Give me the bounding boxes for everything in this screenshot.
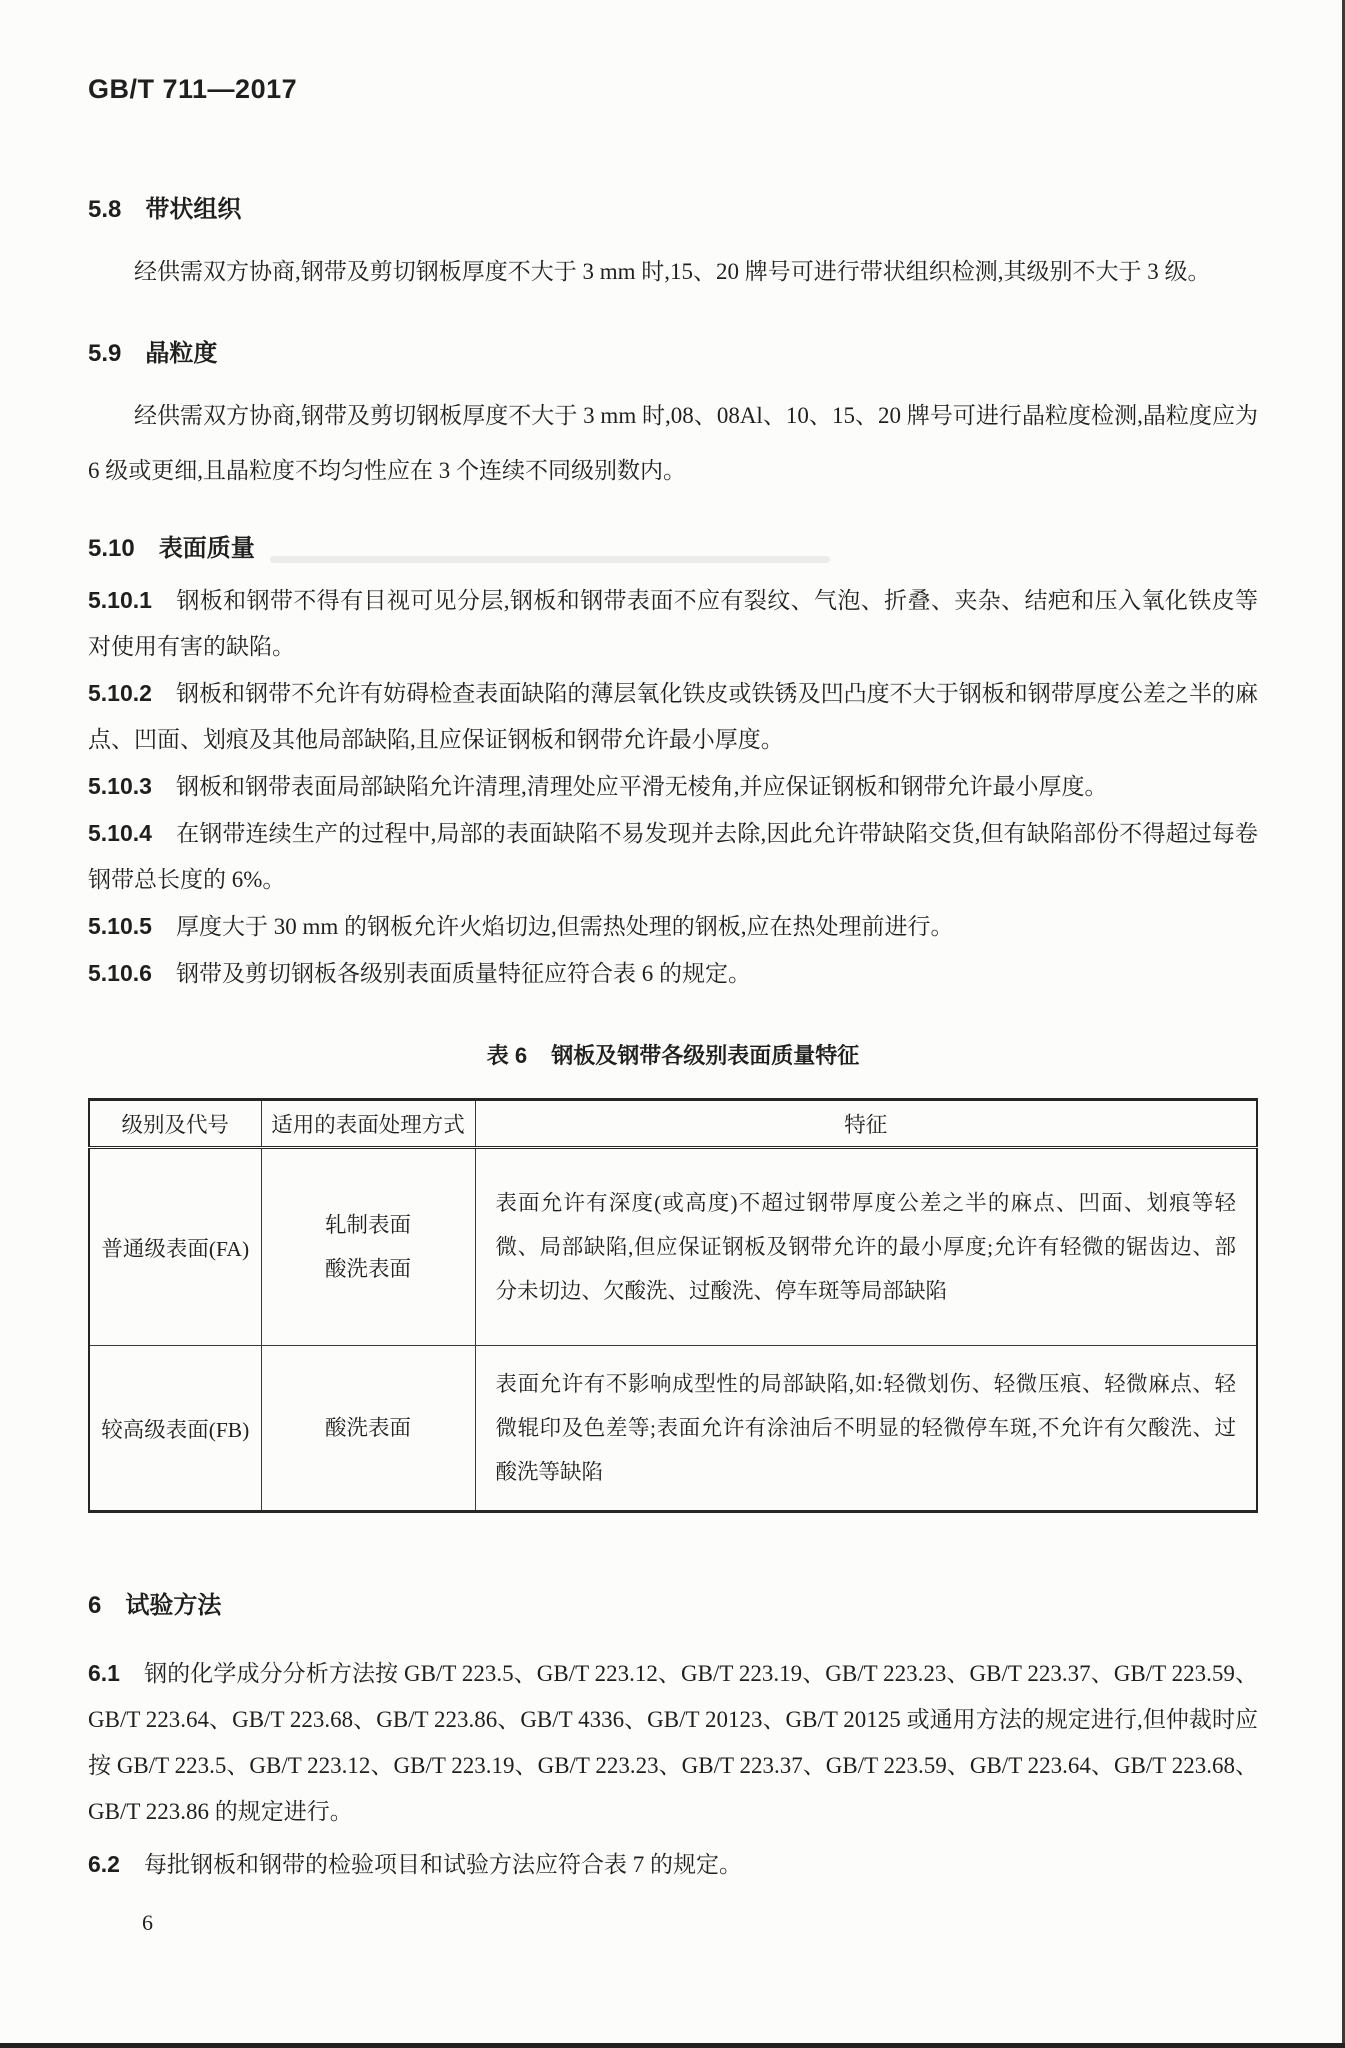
clause-text: 钢板和钢带表面局部缺陷允许清理,清理处应平滑无棱角,并应保证钢板和钢带允许最小厚… — [176, 774, 1108, 799]
section-heading-5-8: 5.8 带状组织 — [88, 189, 1258, 224]
clause-list-5-10: 5.10.1钢板和钢带不得有目视可见分层,钢板和钢带表面不应有裂纹、气泡、折叠、… — [88, 577, 1258, 997]
section-title: 表面质量 — [159, 528, 255, 563]
clause-text: 每批钢板和钢带的检验项目和试验方法应符合表 7 的规定。 — [144, 1852, 742, 1877]
section-number: 5.8 — [88, 196, 121, 224]
column-header-feature: 特征 — [475, 1100, 1257, 1148]
cell-grade-fb: 较高级表面(FB) — [89, 1346, 261, 1512]
section-title: 试验方法 — [125, 1585, 221, 1620]
clause-6-2: 6.2每批钢板和钢带的检验项目和试验方法应符合表 7 的规定。 — [88, 1841, 1258, 1888]
clause-5-10-5: 5.10.5厚度大于 30 mm 的钢板允许火焰切边,但需热处理的钢板,应在热处… — [88, 903, 1258, 950]
clause-text: 钢的化学成分分析方法按 GB/T 223.5、GB/T 223.12、GB/T … — [88, 1661, 1258, 1824]
treatment-line: 酸洗表面 — [262, 1247, 475, 1291]
document-page: GB/T 711—2017 5.8 带状组织 经供需双方协商,钢带及剪切钢板厚度… — [0, 0, 1345, 2048]
clause-number: 6.1 — [88, 1660, 120, 1686]
clause-5-10-4: 5.10.4在钢带连续生产的过程中,局部的表面缺陷不易发现并去除,因此允许带缺陷… — [88, 810, 1258, 903]
cell-feature-fb: 表面允许有不影响成型性的局部缺陷,如:轻微划伤、轻微压痕、轻微麻点、轻微辊印及色… — [475, 1346, 1257, 1512]
clause-5-10-2: 5.10.2钢板和钢带不允许有妨碍检查表面缺陷的薄层氧化铁皮或铁锈及凹凸度不大于… — [88, 670, 1258, 763]
section-title: 带状组织 — [145, 189, 241, 224]
cell-feature-fa: 表面允许有深度(或高度)不超过钢带厚度公差之半的麻点、凹面、划痕等轻微、局部缺陷… — [475, 1148, 1257, 1346]
page-content: GB/T 711—2017 5.8 带状组织 经供需双方协商,钢带及剪切钢板厚度… — [88, 0, 1258, 1888]
table-6-caption: 表 6 钢板及钢带各级别表面质量特征 — [88, 1039, 1258, 1070]
clause-5-10-6: 5.10.6钢带及剪切钢板各级别表面质量特征应符合表 6 的规定。 — [88, 950, 1258, 997]
section-number: 5.10 — [88, 535, 135, 563]
paragraph-5-8: 经供需双方协商,钢带及剪切钢板厚度不大于 3 mm 时,15、20 牌号可进行带… — [88, 244, 1258, 299]
clause-text: 钢板和钢带不得有目视可见分层,钢板和钢带表面不应有裂纹、气泡、折叠、夹杂、结疤和… — [88, 588, 1258, 659]
clause-5-10-1: 5.10.1钢板和钢带不得有目视可见分层,钢板和钢带表面不应有裂纹、气泡、折叠、… — [88, 577, 1258, 670]
section-title: 晶粒度 — [145, 333, 217, 368]
table-row: 较高级表面(FB) 酸洗表面 表面允许有不影响成型性的局部缺陷,如:轻微划伤、轻… — [89, 1346, 1257, 1512]
clause-number: 5.10.4 — [88, 820, 152, 846]
clause-text: 厚度大于 30 mm 的钢板允许火焰切边,但需热处理的钢板,应在热处理前进行。 — [176, 914, 954, 939]
table-header-row: 级别及代号 适用的表面处理方式 特征 — [89, 1100, 1257, 1148]
table-row: 普通级表面(FA) 轧制表面 酸洗表面 表面允许有深度(或高度)不超过钢带厚度公… — [89, 1148, 1257, 1346]
clause-number: 5.10.6 — [88, 960, 152, 986]
clause-5-10-3: 5.10.3钢板和钢带表面局部缺陷允许清理,清理处应平滑无棱角,并应保证钢板和钢… — [88, 763, 1258, 810]
clause-number: 5.10.5 — [88, 913, 152, 939]
column-header-treatment: 适用的表面处理方式 — [261, 1100, 475, 1148]
clause-number: 6.2 — [88, 1851, 120, 1877]
section-heading-5-9: 5.9 晶粒度 — [88, 333, 1258, 368]
clause-number: 5.10.2 — [88, 680, 152, 706]
treatment-line: 酸洗表面 — [262, 1406, 475, 1450]
table-6-surface-quality: 级别及代号 适用的表面处理方式 特征 普通级表面(FA) 轧制表面 酸洗表面 表… — [88, 1098, 1258, 1513]
cell-grade-fa: 普通级表面(FA) — [89, 1148, 261, 1346]
table-caption-title: 钢板及钢带各级别表面质量特征 — [551, 1043, 859, 1068]
table-caption-label: 表 6 — [487, 1043, 527, 1068]
clause-text: 钢板和钢带不允许有妨碍检查表面缺陷的薄层氧化铁皮或铁锈及凹凸度不大于钢板和钢带厚… — [88, 681, 1258, 752]
section-number: 6 — [88, 1592, 101, 1620]
clause-6-1: 6.1钢的化学成分分析方法按 GB/T 223.5、GB/T 223.12、GB… — [88, 1650, 1258, 1835]
treatment-line: 轧制表面 — [262, 1203, 475, 1247]
page-number: 6 — [142, 1910, 153, 1936]
standard-number-header: GB/T 711—2017 — [88, 0, 1258, 105]
cell-treatment-fa: 轧制表面 酸洗表面 — [261, 1148, 475, 1346]
paragraph-5-9: 经供需双方协商,钢带及剪切钢板厚度不大于 3 mm 时,08、08Al、10、1… — [88, 388, 1258, 498]
clause-text: 在钢带连续生产的过程中,局部的表面缺陷不易发现并去除,因此允许带缺陷交货,但有缺… — [88, 821, 1258, 892]
clause-number: 5.10.3 — [88, 773, 152, 799]
column-header-grade: 级别及代号 — [89, 1100, 261, 1148]
scan-artifact-bottom-edge — [0, 2043, 1345, 2048]
scan-artifact-smudge — [270, 556, 830, 563]
clause-text: 钢带及剪切钢板各级别表面质量特征应符合表 6 的规定。 — [176, 961, 751, 986]
clause-number: 5.10.1 — [88, 587, 152, 613]
section-heading-6: 6 试验方法 — [88, 1585, 1258, 1620]
section-number: 5.9 — [88, 340, 121, 368]
cell-treatment-fb: 酸洗表面 — [261, 1346, 475, 1512]
